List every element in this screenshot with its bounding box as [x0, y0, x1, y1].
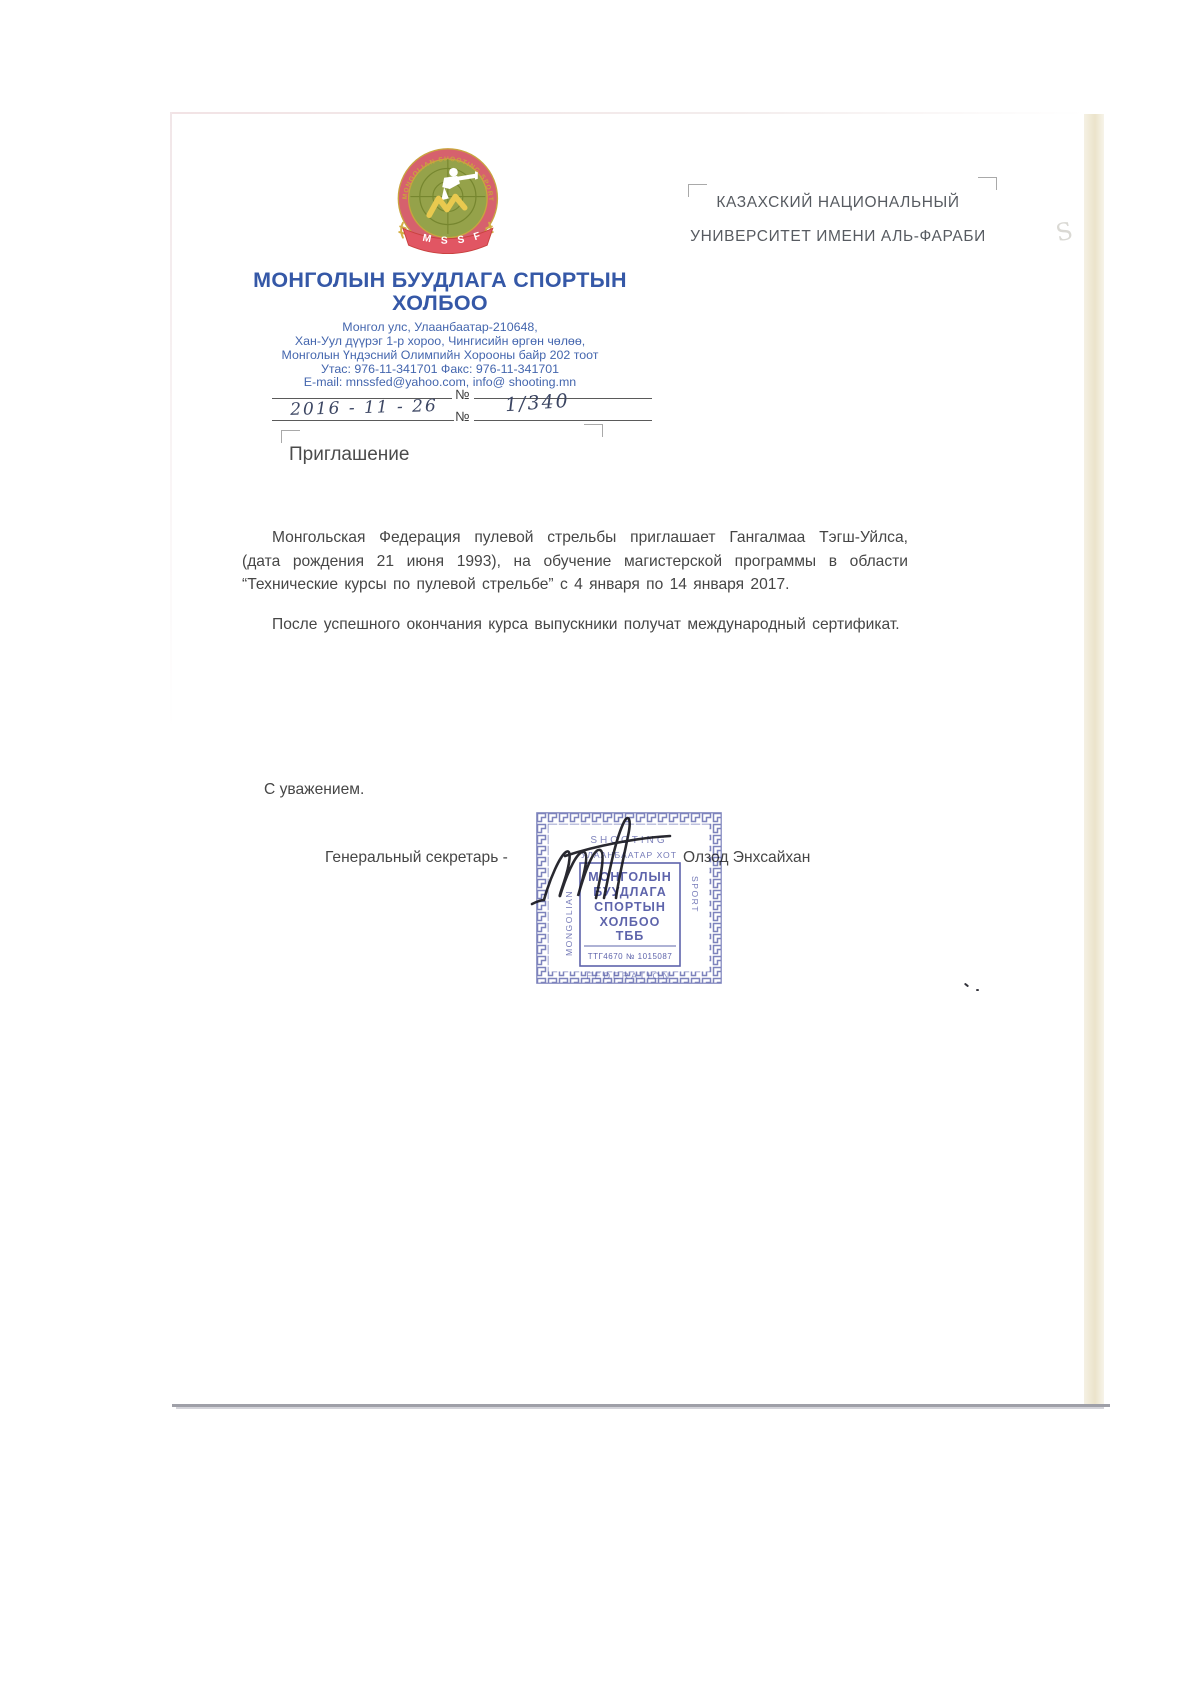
org-name-line2: ХОЛБОО [180, 291, 700, 316]
address-line-1: Монгол улс, Улаанбаатар-210648, [175, 321, 705, 334]
ref-rule-bottom-right [474, 420, 652, 421]
stamp-reg-number: ТТГ4670 № 1015087 [588, 952, 673, 961]
handwritten-date: 2016 - 11 - 26 [284, 396, 444, 420]
mssf-logo-icon: MONGOLIAN SHOOTING SPORT FEDERATION [388, 142, 504, 266]
sender-window-corner-left [281, 430, 300, 443]
page-right-edge [1084, 114, 1104, 1404]
scanned-letter-page: MONGOLIAN SHOOTING SPORT FEDERATION [0, 0, 1200, 1696]
handwritten-signature [520, 808, 720, 918]
stamp-line5: ТББ [616, 929, 645, 943]
body-paragraph-2: После успешного окончания курса выпускни… [242, 613, 908, 637]
closing-line: С уважением. [264, 781, 364, 799]
ink-speck [964, 983, 969, 988]
mssf-logo: MONGOLIAN SHOOTING SPORT FEDERATION [388, 142, 504, 266]
letter-title: Приглашение [289, 444, 410, 466]
signature-scribble-icon [520, 808, 720, 918]
address-line-2: Хан-Уул дүүрэг 1-р хороо, Чингисийн өргө… [175, 335, 705, 348]
handwritten-ref-number: 1/340 [504, 390, 570, 416]
ink-speck [976, 989, 979, 991]
address-line-3: Монголын Үндэсний Олимпийн Хорооны байр … [175, 349, 705, 362]
recipient-line2: УНИВЕРСИТЕТ ИМЕНИ АЛЬ-ФАРАБИ [688, 228, 988, 246]
page-bottom-shadow-soft [176, 1407, 1104, 1409]
body-paragraph-1: Монгольская Федерация пулевой стрельбы п… [242, 526, 908, 597]
recipient-window-corner-right [978, 177, 997, 190]
signature-role: Генеральный секретарь - [325, 849, 508, 867]
scan-artifact-mark: S [1053, 217, 1075, 248]
ref-no-label-1: № [455, 387, 469, 402]
ref-rule-bottom-left [272, 420, 454, 421]
org-name-line1: МОНГОЛЫН БУУДЛАГА СПОРТЫН [180, 268, 700, 293]
recipient-line1: КАЗАХСКИЙ НАЦИОНАЛЬНЫЙ [688, 194, 988, 212]
ref-no-label-2: № [455, 409, 469, 424]
address-email-line: E-mail: mnssfed@yahoo.com, info@ shootin… [175, 376, 705, 389]
page-left-edge [170, 112, 172, 732]
stamp-bottom-word: FEDERATION [586, 971, 672, 982]
page-top-edge [170, 112, 1086, 114]
sender-window-corner-right [584, 424, 603, 437]
